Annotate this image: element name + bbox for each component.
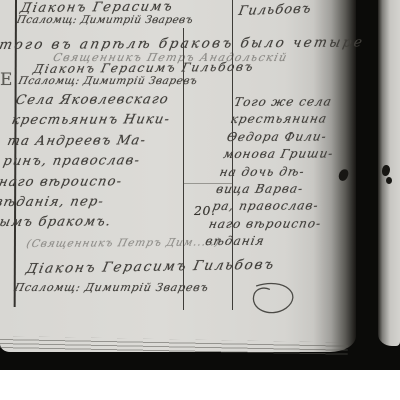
groom-entry-line: Села Яковлевскаго <box>14 90 176 111</box>
bride-entry-line: крестьянина <box>229 111 345 129</box>
entry-deacon-signature: Діаконъ Герасимъ Гильбовъ <box>25 257 277 277</box>
bride-entry-line: вица Варва- <box>214 180 330 198</box>
bride-entry-line: наго вѣроиспо- <box>207 215 323 233</box>
ink-blot <box>386 177 392 184</box>
bride-entry-line: на дочь дѣ- <box>218 163 334 181</box>
groom-entry-line: ринъ, православ- <box>1 151 163 172</box>
april-deacon-signature: Діаконъ Герасимъ Гильбовъ <box>32 60 256 76</box>
groom-entry-line: крестьянинъ Ники- <box>10 111 172 132</box>
signature-flourish-loop <box>243 277 306 319</box>
header-psalmist-signature: Псаломщ: Димитрій Зваревъ <box>15 14 194 26</box>
register-scan-screenshot: Діаконъ Герасимъ Псаломщ: Димитрій Зваре… <box>0 0 400 400</box>
groom-entry-line: наго вѣроиспо- <box>0 172 159 193</box>
groom-entry: Села Яковлевскаго крестьянинъ Ники- та А… <box>0 90 176 234</box>
bride-entry-line: Того же села <box>232 93 348 111</box>
groom-entry-line: вѣданія, пер- <box>0 192 155 213</box>
book-scan-background: Діаконъ Герасимъ Псаломщ: Димитрій Зваре… <box>0 0 400 370</box>
margin-pencil-mark: Е <box>0 70 12 90</box>
officiant-note: (Священникъ Петръ Дим.....) <box>25 236 222 250</box>
bride-entry-line: ра, православ- <box>211 198 327 216</box>
bride-entry-line: монова Гриши- <box>222 146 338 164</box>
page-stack-edges <box>0 336 348 356</box>
april-psalmist-signature: Псаломщ: Димитрій Зваревъ <box>17 75 199 87</box>
register-page: Діаконъ Герасимъ Псаломщ: Димитрій Зваре… <box>0 0 356 352</box>
groom-entry-line: та Андреевъ Ма- <box>5 131 167 152</box>
bride-entry-line: Ѳедора Фили- <box>225 128 341 146</box>
scan-outside-margin <box>0 370 400 400</box>
ink-blot <box>338 168 350 182</box>
bride-entry: Того же села крестьянина Ѳедора Фили- мо… <box>204 93 349 250</box>
entry-psalmist-signature: Псаломщ: Димитрій Зваревъ <box>13 281 210 294</box>
header-surname: Гильбовъ <box>237 1 312 19</box>
groom-entry-line: вымъ бракомъ. <box>0 213 151 234</box>
